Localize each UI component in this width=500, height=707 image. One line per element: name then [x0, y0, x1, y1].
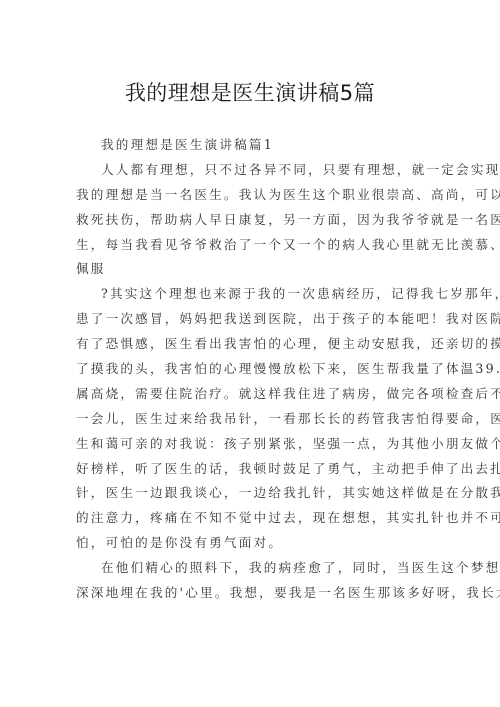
paragraph-line: 在他们精心的照料下，我的病痊愈了，同时，当医生这个梦想	[76, 556, 436, 581]
paragraph-line: 我的理想是当一名医生。我认为医生这个职业很崇高、高尚，可以	[76, 183, 436, 208]
paragraph-line: 患了一次感冒，妈妈把我送到医院，出于孩子的本能吧！我对医院	[76, 307, 436, 332]
paragraph-line: 一会儿，医生过来给我吊针，一看那长长的药管我害怕得要命，医	[76, 407, 436, 432]
paragraph-line: 好榜样，听了医生的话，我顿时鼓足了勇气，主动把手伸了出去扎	[76, 457, 436, 482]
paragraph-line: 有了恐惧感，医生看出我害怕的心理，便主动安慰我，还亲切的摸	[76, 332, 436, 357]
document-title: 我的理想是医生演讲稿5篇	[0, 78, 500, 108]
paragraph-line: 人人都有理想，只不过各异不同，只要有理想，就一定会实现，	[76, 158, 436, 183]
paragraph-line: 了摸我的头，我害怕的心理慢慢放松下来，医生帮我量了体温39.5℃	[76, 357, 436, 382]
paragraph-line: 怕，可怕的是你没有勇气面对。	[76, 531, 436, 556]
paragraph-line: 佩服	[76, 257, 436, 282]
document-body: 我的理想是医生演讲稿篇1 人人都有理想，只不过各异不同，只要有理想，就一定会实现…	[76, 133, 436, 606]
paragraph-line: 深深地埋在我的'心里。我想，要我是一名医生那该多好呀，我长大	[76, 581, 436, 606]
paragraph-line: 的注意力，疼痛在不知不觉中过去，现在想想，其实扎针也并不可	[76, 506, 436, 531]
paragraph-line: 救死扶伤，帮助病人早日康复，另一方面，因为我爷爷就是一名医	[76, 208, 436, 233]
section-heading: 我的理想是医生演讲稿篇1	[76, 133, 436, 158]
paragraph-line: ?其实这个理想也来源于我的一次患病经历，记得我七岁那年，	[76, 282, 436, 307]
paragraph-line: 生，每当我看见爷爷救治了一个又一个的病人我心里就无比羡慕、	[76, 233, 436, 258]
paragraph-line: 针，医生一边跟我谈心，一边给我扎针，其实她这样做是在分散我	[76, 481, 436, 506]
paragraph-line: 属高烧，需要住院治疗。就这样我住进了病房，做完各项检查后不	[76, 382, 436, 407]
paragraph-line: 生和蔼可亲的对我说：孩子别紧张，坚强一点，为其他小朋友做个	[76, 432, 436, 457]
